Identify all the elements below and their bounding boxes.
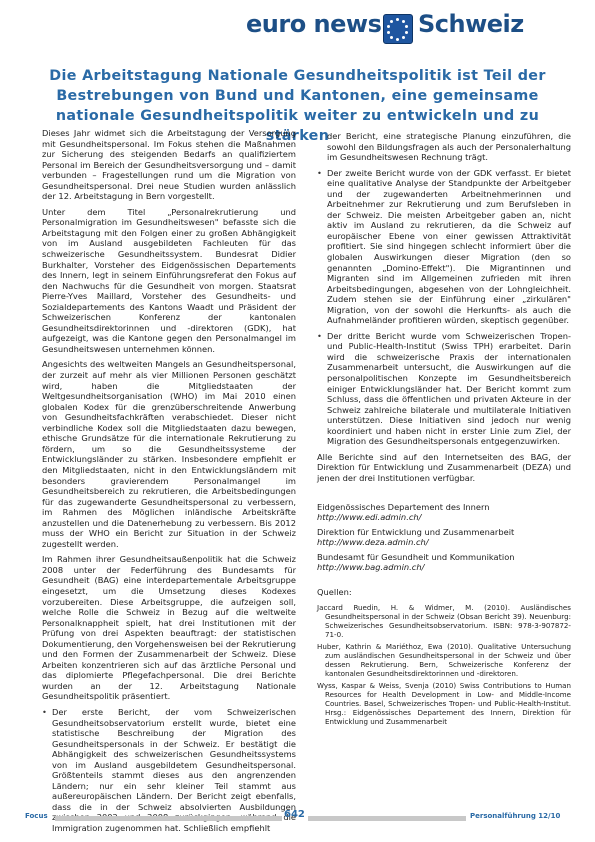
brand-right: Schweiz — [418, 10, 524, 38]
page-footer: Focus 642 Personalführung 12/10 — [0, 808, 595, 828]
link-block: Bundesamt für Gesundheit und Kommunikati… — [317, 552, 571, 573]
paragraph: Dieses Jahr widmet sich die Arbeitstagun… — [42, 128, 296, 202]
brand-left: euro news — [246, 10, 381, 38]
left-column: Dieses Jahr widmet sich die Arbeitstagun… — [42, 128, 296, 839]
paragraph: Unter dem Titel „Personalrekrutierung un… — [42, 207, 296, 355]
link-url[interactable]: http://www.bag.admin.ch/ — [317, 562, 571, 573]
closing-paragraph: Alle Berichte sind auf den Internetseite… — [317, 452, 571, 484]
link-label: Bundesamt für Gesundheit und Kommunikati… — [317, 552, 571, 563]
sources-heading: Quellen: — [317, 587, 571, 598]
paragraph-continued: der Bericht, eine strategische Planung e… — [317, 131, 571, 163]
link-label: Eidgenössisches Departement des Innern — [317, 502, 571, 513]
paragraph: Angesichts des weltweiten Mangels an Ges… — [42, 359, 296, 549]
publication-label: Personalführung 12/10 — [470, 812, 560, 820]
right-column: der Bericht, eine strategische Planung e… — [317, 131, 571, 729]
link-url[interactable]: http://www.edi.admin.ch/ — [317, 512, 571, 523]
link-block: Eidgenössisches Departement des Innern h… — [317, 502, 571, 523]
section-label: Focus — [25, 812, 48, 820]
paragraph: Im Rahmen ihrer Gesundheitsaußenpolitik … — [42, 554, 296, 702]
link-label: Direktion für Entwicklung und Zusammenar… — [317, 527, 571, 538]
page-number: 642 — [284, 809, 305, 820]
source-entry: Huber, Kathrin & Mariéthoz, Ewa (2010). … — [317, 642, 571, 678]
report-item-2: Der zweite Bericht wurde von der GDK ver… — [327, 168, 571, 326]
report-item-3: Der dritte Bericht wurde vom Schweizeris… — [327, 331, 571, 447]
report-list-continued: Der zweite Bericht wurde von der GDK ver… — [317, 168, 571, 447]
masthead: euro news Schweiz — [0, 2, 595, 42]
footer-rule-right — [308, 816, 466, 821]
links-section: Eidgenössisches Departement des Innern h… — [317, 502, 571, 573]
link-url[interactable]: http://www.deza.admin.ch/ — [317, 537, 571, 548]
source-entry: Wyss, Kaspar & Weiss, Svenja (2010) Swis… — [317, 681, 571, 726]
footer-rule-left — [55, 816, 282, 821]
source-entry: Jaccard Ruedin, H. & Widmer, M. (2010). … — [317, 603, 571, 639]
eu-stars-icon — [383, 14, 413, 44]
link-block: Direktion für Entwicklung und Zusammenar… — [317, 527, 571, 548]
